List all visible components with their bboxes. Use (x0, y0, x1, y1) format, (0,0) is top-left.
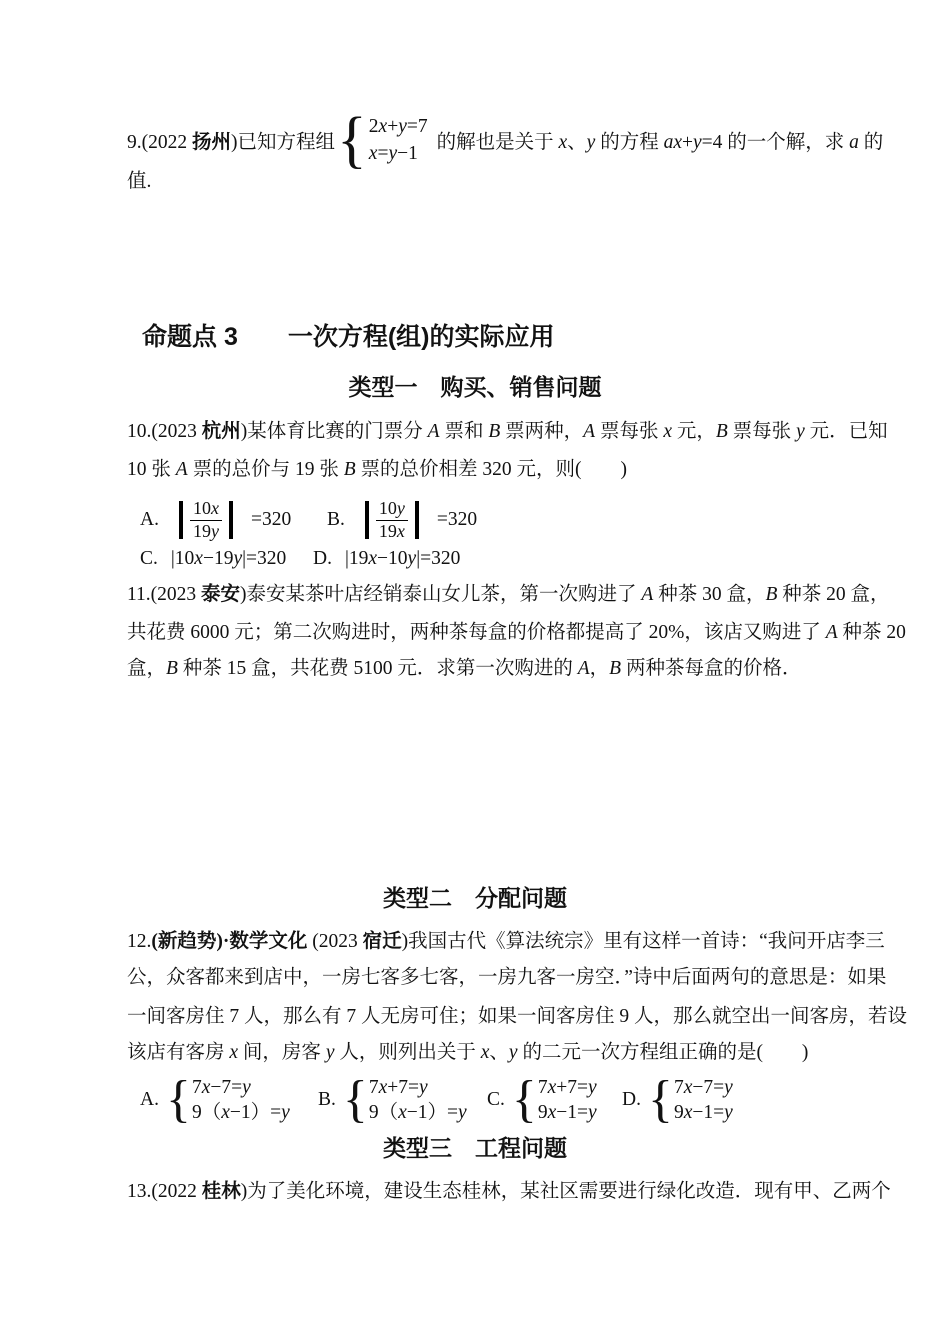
equation-1: 7x−7=y (674, 1075, 733, 1100)
question-12-line-3: 一间客房住 7 人，那么有 7 人无房可住；如果一间客房住 9 人，那么就空出一… (127, 997, 907, 1037)
option-label: C. (140, 548, 158, 569)
equation-2: 9x−1=y (674, 1100, 733, 1125)
q12-option-a: A. { 7x−7=y 9（x−1）=y (140, 1072, 290, 1127)
abs-bar-icon (229, 501, 233, 539)
q10-option-a: A. 10x 19y =320 (140, 497, 291, 543)
option-label: D. (313, 548, 332, 569)
option-label: D. (622, 1089, 641, 1111)
abs-bar-icon (179, 501, 183, 539)
left-brace-icon: { (648, 1074, 673, 1126)
left-brace-icon: { (337, 108, 367, 171)
option-label: C. (487, 1089, 505, 1111)
fraction: 10x 19y (190, 499, 222, 541)
heading-type-1: 类型一 购买、销售问题 (0, 370, 950, 404)
question-9-body: 的解也是关于 x、y 的方程 ax+y=4 的一个解，求 a 的 (437, 126, 884, 154)
equals-value: =320 (437, 509, 477, 531)
equation-1: 2x+y=7 (369, 113, 428, 140)
heading-topic-3: 命题点 3一次方程(组)的实际应用 (142, 320, 555, 354)
heading-type-2: 类型二 分配问题 (0, 881, 950, 915)
option-expression: |10x−19y|=320 (171, 548, 286, 569)
denominator: 19x (379, 521, 405, 541)
question-9-intro: 9.(2022 扬州)已知方程组 (127, 126, 335, 154)
question-10-line-1: 10.(2023 杭州)某体育比赛的门票分 A 票和 B 票两种，A 票每张 x… (127, 412, 888, 452)
q12-option-c: C. { 7x+7=y 9x−1=y (487, 1072, 597, 1127)
left-brace-icon: { (512, 1074, 537, 1126)
option-label: A. (140, 509, 159, 531)
question-9-line-2: 值. (127, 162, 151, 202)
question-10-line-2: 10 张 A 票的总价与 19 张 B 票的总价相差 320 元，则( ) (127, 450, 627, 490)
q10-option-c: C.|10x−19y|=320 (140, 540, 286, 578)
q12-option-d: D. { 7x−7=y 9x−1=y (622, 1072, 733, 1127)
heading-topic-label: 命题点 3 (142, 323, 238, 351)
denominator: 19y (193, 521, 219, 541)
option-label: A. (140, 1089, 159, 1111)
abs-bar-icon (415, 501, 419, 539)
equation-2: x=y−1 (369, 140, 428, 167)
question-11-line-3: 盒，B 种茶 15 盒，共花费 5100 元．求第一次购进的 A，B 两种茶每盒… (127, 649, 801, 689)
option-label: B. (327, 509, 345, 531)
question-12-line-1: 12.(新趋势)·数学文化 (2023 宿迁)我国古代《算法统宗》里有这样一首诗… (127, 922, 885, 962)
equals-value: =320 (251, 509, 291, 531)
equation-1: 7x+7=y (369, 1075, 467, 1100)
question-11-line-1: 11.(2023 泰安)泰安某茶叶店经销泰山女儿茶，第一次购进了 A 种茶 30… (127, 575, 890, 615)
equation-2: 9（x−1）=y (192, 1100, 290, 1125)
worksheet-page: 9.(2022 扬州)已知方程组 { 2x+y=7 x=y−1 的解也是关于 x… (0, 0, 950, 1344)
numerator: 10y (376, 499, 408, 521)
equation-1: 7x+7=y (538, 1075, 597, 1100)
question-12-line-4: 该店有客房 x 间，房客 y 人，则列出关于 x、y 的二元一次方程组正确的是(… (127, 1033, 808, 1073)
q10-option-b: B. 10y 19x =320 (327, 497, 477, 543)
q12-option-b: B. { 7x+7=y 9（x−1）=y (318, 1072, 467, 1127)
question-9-line-1: 9.(2022 扬州)已知方程组 { 2x+y=7 x=y−1 的解也是关于 x… (127, 108, 883, 172)
equation-system-q9: { 2x+y=7 x=y−1 (337, 109, 428, 171)
question-12-line-2: 公，众客都来到店中，一房七客多七客，一房九客一房空．”诗中后面两句的意思是：如果 (127, 958, 886, 998)
left-brace-icon: { (166, 1074, 191, 1126)
equation-1: 7x−7=y (192, 1075, 290, 1100)
equation-2: 9x−1=y (538, 1100, 597, 1125)
option-expression: |19x−10y|=320 (345, 548, 460, 569)
equation-2: 9（x−1）=y (369, 1100, 467, 1125)
option-label: B. (318, 1089, 336, 1111)
question-11-line-2: 共花费 6000 元；第二次购进时，两种茶每盒的价格都提高了 20%，该店又购进… (127, 613, 906, 653)
question-13-line-1: 13.(2022 桂林)为了美化环境，建设生态桂林，某社区需要进行绿化改造．现有… (127, 1172, 891, 1212)
abs-bar-icon (365, 501, 369, 539)
heading-topic-title: 一次方程(组)的实际应用 (288, 323, 555, 351)
heading-type-3: 类型三 工程问题 (0, 1131, 950, 1165)
fraction: 10y 19x (376, 499, 408, 541)
numerator: 10x (190, 499, 222, 521)
left-brace-icon: { (343, 1074, 368, 1126)
q10-option-d: D.|19x−10y|=320 (313, 540, 460, 578)
